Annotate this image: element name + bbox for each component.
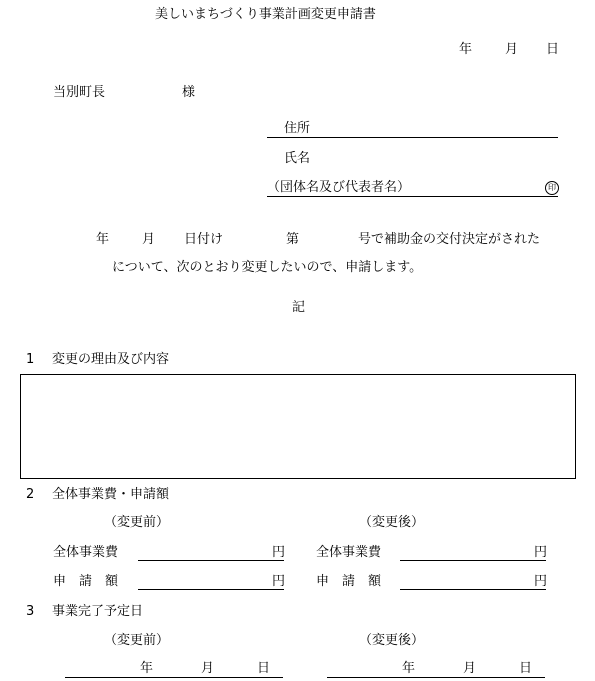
grant-date-year: 年 (96, 232, 109, 248)
after-completion-day: 日 (519, 661, 532, 677)
section1-title: 変更の理由及び内容 (52, 352, 169, 368)
after-completion-date-field[interactable] (327, 677, 545, 678)
section2-after-label: （変更後） (359, 515, 424, 531)
before-total-label: 全体事業費 (53, 545, 118, 561)
section3-before-label: （変更前） (104, 633, 169, 649)
after-total-label: 全体事業費 (316, 545, 381, 561)
before-total-field[interactable] (138, 560, 284, 561)
before-completion-date-field[interactable] (65, 677, 283, 678)
header-date-year: 年 (459, 42, 472, 58)
section3-number: 3 (26, 604, 34, 620)
before-completion-year: 年 (140, 661, 153, 677)
change-reason-textbox[interactable] (20, 374, 576, 479)
request-sentence: について、次のとおり変更したいので、申請します。 (112, 260, 422, 276)
section1-number: 1 (26, 352, 34, 368)
before-total-unit: 円 (272, 545, 285, 561)
before-request-unit: 円 (272, 574, 285, 590)
grant-decision-text: 号で補助金の交付決定がされた (358, 232, 540, 248)
section2-before-label: （変更前） (104, 515, 169, 531)
applicant-address-field[interactable] (267, 137, 558, 138)
section2-title: 全体事業費・申請額 (52, 487, 169, 503)
addressee-name: 当別町長 (53, 85, 105, 101)
section2-number: 2 (26, 487, 34, 503)
before-completion-day: 日 (257, 661, 270, 677)
before-request-label: 申 請 額 (53, 574, 118, 590)
section3-title: 事業完了予定日 (52, 604, 143, 620)
document-title: 美しいまちづくり事業計画変更申請書 (155, 7, 376, 23)
seal-icon: 印 (545, 181, 559, 195)
applicant-address-label: 住所 (284, 121, 310, 137)
after-request-field[interactable] (400, 589, 546, 590)
grant-date-day: 日付け (184, 232, 223, 248)
after-request-unit: 円 (534, 574, 547, 590)
before-completion-month: 月 (201, 661, 214, 677)
after-completion-year: 年 (402, 661, 415, 677)
header-date-day: 日 (546, 42, 559, 58)
grant-date-month: 月 (142, 232, 155, 248)
after-request-label: 申 請 額 (316, 574, 381, 590)
applicant-name-field[interactable] (267, 196, 558, 197)
ki-heading: 記 (292, 300, 305, 316)
applicant-org-label: （団体名及び代表者名） (267, 180, 410, 196)
section3-after-label: （変更後） (359, 633, 424, 649)
after-completion-month: 月 (463, 661, 476, 677)
header-date-month: 月 (505, 42, 518, 58)
after-total-unit: 円 (534, 545, 547, 561)
before-request-field[interactable] (138, 589, 284, 590)
applicant-name-label: 氏名 (284, 151, 310, 167)
grant-number-prefix: 第 (286, 232, 299, 248)
addressee-honorific: 様 (182, 85, 195, 101)
after-total-field[interactable] (400, 560, 546, 561)
